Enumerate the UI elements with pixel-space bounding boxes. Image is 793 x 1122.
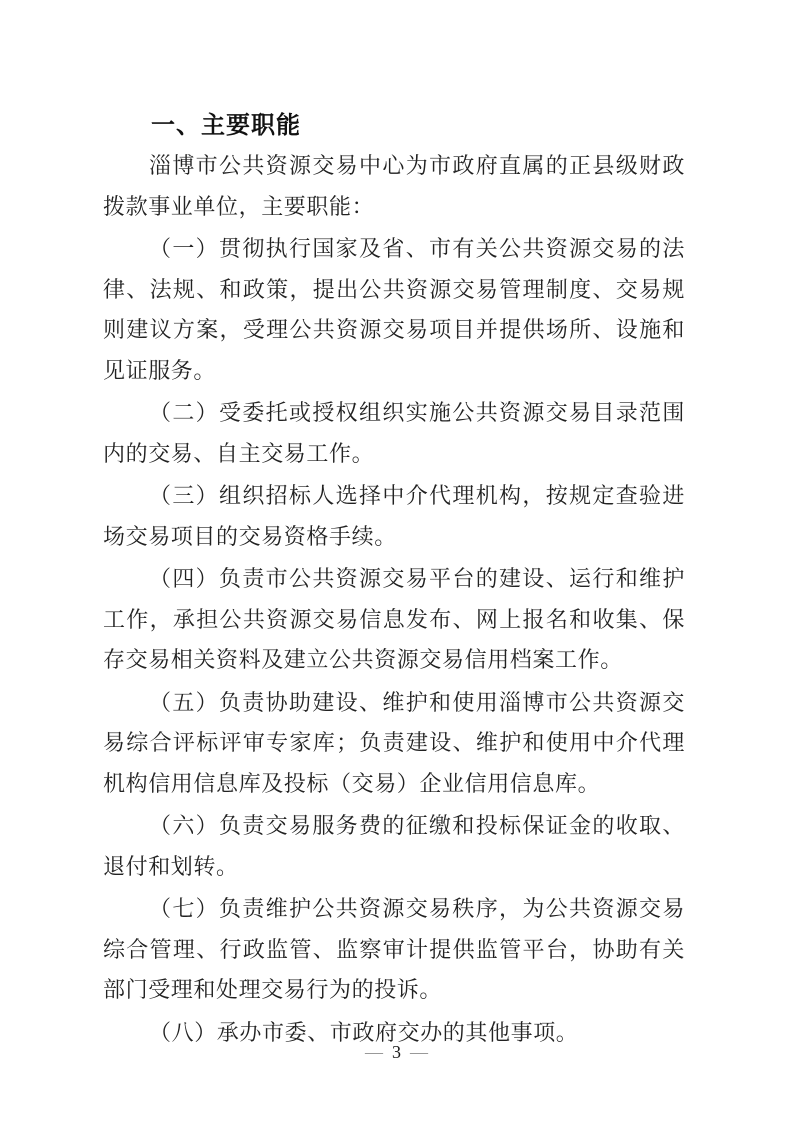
paragraph-item-6: （六）负责交易服务费的征缴和投标保证金的收取、退付和划转。 <box>103 806 685 887</box>
footer-dash-right: — <box>401 1042 437 1062</box>
paragraph-item-3: （三）组织招标人选择中介代理机构，按规定查验进场交易项目的交易资格手续。 <box>103 476 685 557</box>
paragraph-item-4: （四）负责市公共资源交易平台的建设、运行和维护工作，承担公共资源交易信息发布、网… <box>103 559 685 681</box>
page-number: 3 <box>392 1042 401 1062</box>
paragraph-intro: 淄博市公共资源交易中心为市政府直属的正县级财政拨款事业单位，主要职能： <box>103 146 685 227</box>
paragraph-item-1: （一）贯彻执行国家及省、市有关公共资源交易的法律、法规、和政策，提出公共资源交易… <box>103 229 685 391</box>
page-footer: —3— <box>0 1040 793 1064</box>
section-heading: 一、主要职能 <box>151 104 685 146</box>
document-content: 一、主要职能 淄博市公共资源交易中心为市政府直属的正县级财政拨款事业单位，主要职… <box>103 104 685 1053</box>
footer-dash-left: — <box>356 1042 392 1062</box>
paragraph-item-5: （五）负责协助建设、维护和使用淄博市公共资源交易综合评标评审专家库；负责建设、维… <box>103 683 685 805</box>
document-page: 一、主要职能 淄博市公共资源交易中心为市政府直属的正县级财政拨款事业单位，主要职… <box>0 0 793 1122</box>
paragraph-item-2: （二）受委托或授权组织实施公共资源交易目录范围内的交易、自主交易工作。 <box>103 393 685 474</box>
paragraph-item-7: （七）负责维护公共资源交易秩序，为公共资源交易综合管理、行政监管、监察审计提供监… <box>103 889 685 1011</box>
